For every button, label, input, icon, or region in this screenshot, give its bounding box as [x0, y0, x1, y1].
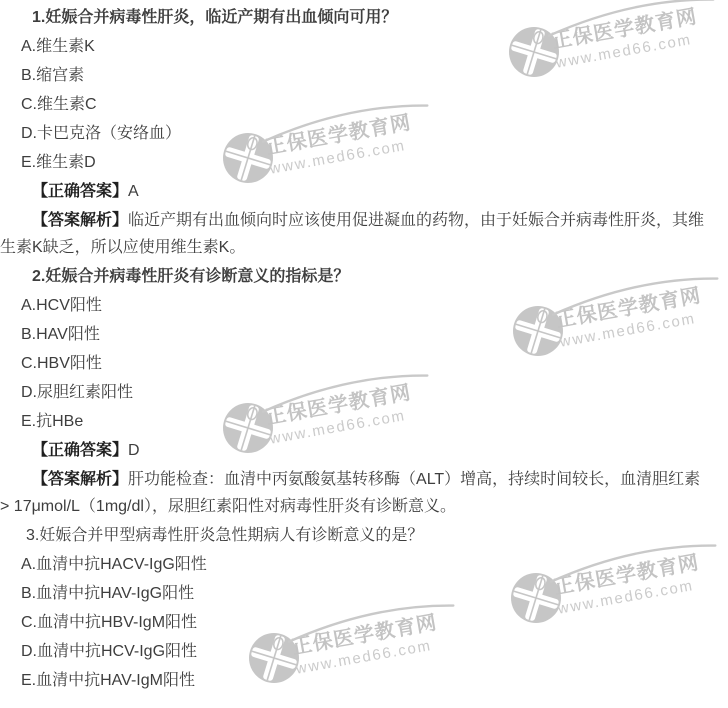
question-2-analysis-line: 【答案解析】肝功能检查：血清中丙氨酸氨基转移酶（ALT）增高，持续时间较长，血清…: [0, 466, 710, 520]
question-3-option-d: D.血清中抗HCV-IgG阳性: [0, 638, 710, 665]
question-1-analysis-line: 【答案解析】临近产期有出血倾向时应该使用促进凝血的药物，由于妊娠合并病毒性肝炎，…: [0, 207, 710, 261]
question-2-title: 2.妊娠合并病毒性肝炎有诊断意义的指标是？: [0, 263, 710, 290]
correct-answer-label: 【正确答案】: [32, 183, 128, 200]
analysis-label: 【答案解析】: [32, 471, 128, 488]
analysis-label: 【答案解析】: [32, 212, 128, 229]
question-3-option-c: C.血清中抗HBV-IgM阳性: [0, 609, 710, 636]
question-1-answer-line: 【正确答案】A: [0, 178, 710, 205]
question-2-option-e: E.抗HBe: [0, 408, 710, 435]
question-1-option-a: A.维生素K: [0, 33, 710, 60]
question-2-option-d: D.尿胆红素阳性: [0, 379, 710, 406]
question-content: 1.妊娠合并病毒性肝炎，临近产期有出血倾向可用？ A.维生素K B.缩宫素 C.…: [0, 0, 728, 694]
question-2-answer-line: 【正确答案】D: [0, 437, 710, 464]
question-3-option-a: A.血清中抗HACV-IgG阳性: [0, 551, 710, 578]
question-1-option-c: C.维生素C: [0, 91, 710, 118]
question-2-option-c: C.HBV阳性: [0, 350, 710, 377]
question-1-option-e: E.维生素D: [0, 149, 710, 176]
question-1-option-b: B.缩宫素: [0, 62, 710, 89]
question-3-title: 3.妊娠合并甲型病毒性肝炎急性期病人有诊断意义的是？: [0, 522, 710, 549]
question-1-title: 1.妊娠合并病毒性肝炎，临近产期有出血倾向可用？: [0, 4, 710, 31]
question-3-option-b: B.血清中抗HAV-IgG阳性: [0, 580, 710, 607]
correct-answer-label: 【正确答案】: [32, 442, 128, 459]
question-3-option-e: E.血清中抗HAV-IgM阳性: [0, 667, 710, 694]
question-2-option-a: A.HCV阳性: [0, 292, 710, 319]
question-2-answer: D: [128, 442, 140, 459]
question-2-option-b: B.HAV阳性: [0, 321, 710, 348]
question-1-option-d: D.卡巴克洛（安络血）: [0, 120, 710, 147]
exam-page: 正保医学教育网 www.med66.com 正保医学教育网 www.med66.…: [0, 0, 728, 708]
question-1-answer: A: [128, 183, 139, 200]
